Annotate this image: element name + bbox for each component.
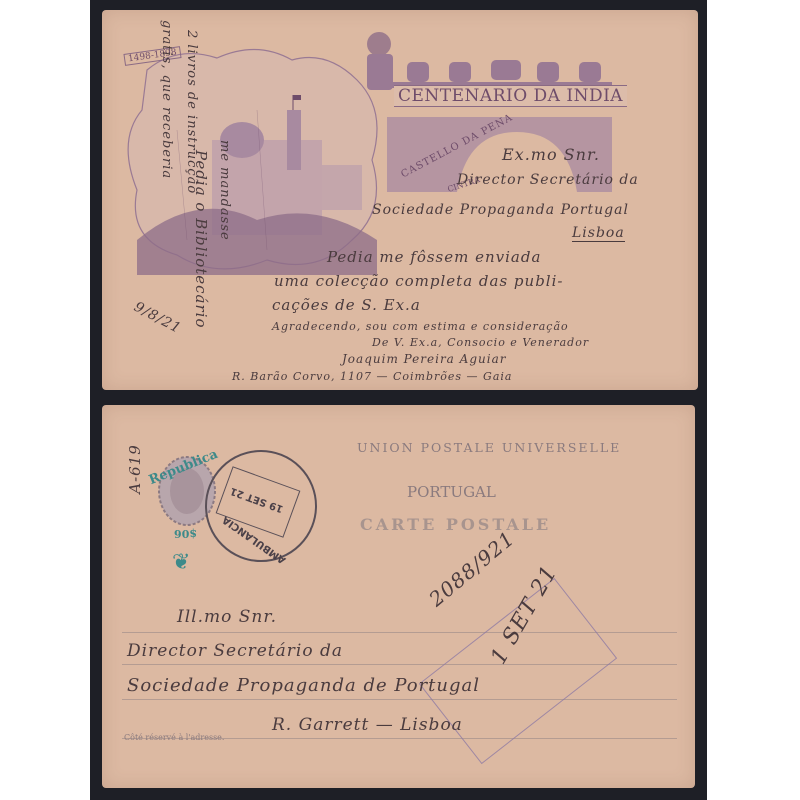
castle-illustration — [117, 40, 387, 275]
handwritten-vertical-note-3: 2 livros de instrucção — [184, 30, 199, 194]
addressee-salutation: Ex.mo Snr. — [502, 145, 600, 164]
message-line-5: De V. Ex.a, Consocio e Venerador — [372, 336, 589, 349]
handwritten-vertical-note-4: gratis, que receberia — [159, 20, 174, 179]
back-addressee-title: Director Secretário da — [127, 641, 343, 661]
addressee-organization: Sociedade Propaganda Portugal — [372, 202, 629, 218]
handwritten-reference-number: 2088/921 — [424, 526, 519, 611]
message-line-4: Agradecendo, sou com estima e consideraç… — [272, 320, 569, 333]
handwritten-side-note: A-619 — [126, 444, 144, 494]
addressee-title: Director Secretário da — [457, 172, 639, 188]
postcard-back: UNION POSTALE UNIVERSELLE PORTUGAL CARTE… — [102, 405, 695, 788]
carte-postale-title: CARTE POSTALE — [360, 515, 551, 534]
stamp-arms-icon: ❦ — [172, 550, 190, 575]
back-salutation: Ill.mo Snr. — [177, 607, 277, 627]
addressee-city: Lisboa — [572, 225, 625, 242]
address-side-footer: Côté réservé à l'adresse. — [124, 733, 224, 742]
country-label: PORTUGAL — [407, 483, 496, 501]
message-line-1: Pedia me fôssem enviada — [327, 248, 541, 266]
address-line-3 — [122, 699, 677, 700]
back-addressee-street-city: R. Garrett — Lisboa — [272, 715, 463, 735]
handwritten-date: 9/8/21 — [131, 299, 184, 337]
back-addressee-organization: Sociedade Propaganda de Portugal — [127, 675, 480, 696]
sender-signature: Joaquim Pereira Aguiar — [342, 352, 506, 366]
handwritten-vertical-note-2: me mandasse — [217, 140, 232, 241]
message-line-3: cações de S. Ex.a — [272, 296, 421, 314]
postcard-front: 1498-1898 CENTENARIO DA INDIA CASTELLO D… — [102, 10, 698, 390]
message-line-2: uma colecção completa das publi- — [274, 272, 563, 290]
postmark-cancel: 19 SET 21 AMBULANCIA — [205, 450, 317, 562]
sender-address: R. Barão Corvo, 1107 — Coimbrões — Gaia — [232, 370, 512, 383]
coat-of-arms-and-arch — [357, 22, 627, 192]
stamp-value: $06 — [174, 527, 197, 540]
centenario-banner: CENTENARIO DA INDIA — [394, 85, 627, 107]
upu-header: UNION POSTALE UNIVERSELLE — [357, 440, 621, 455]
